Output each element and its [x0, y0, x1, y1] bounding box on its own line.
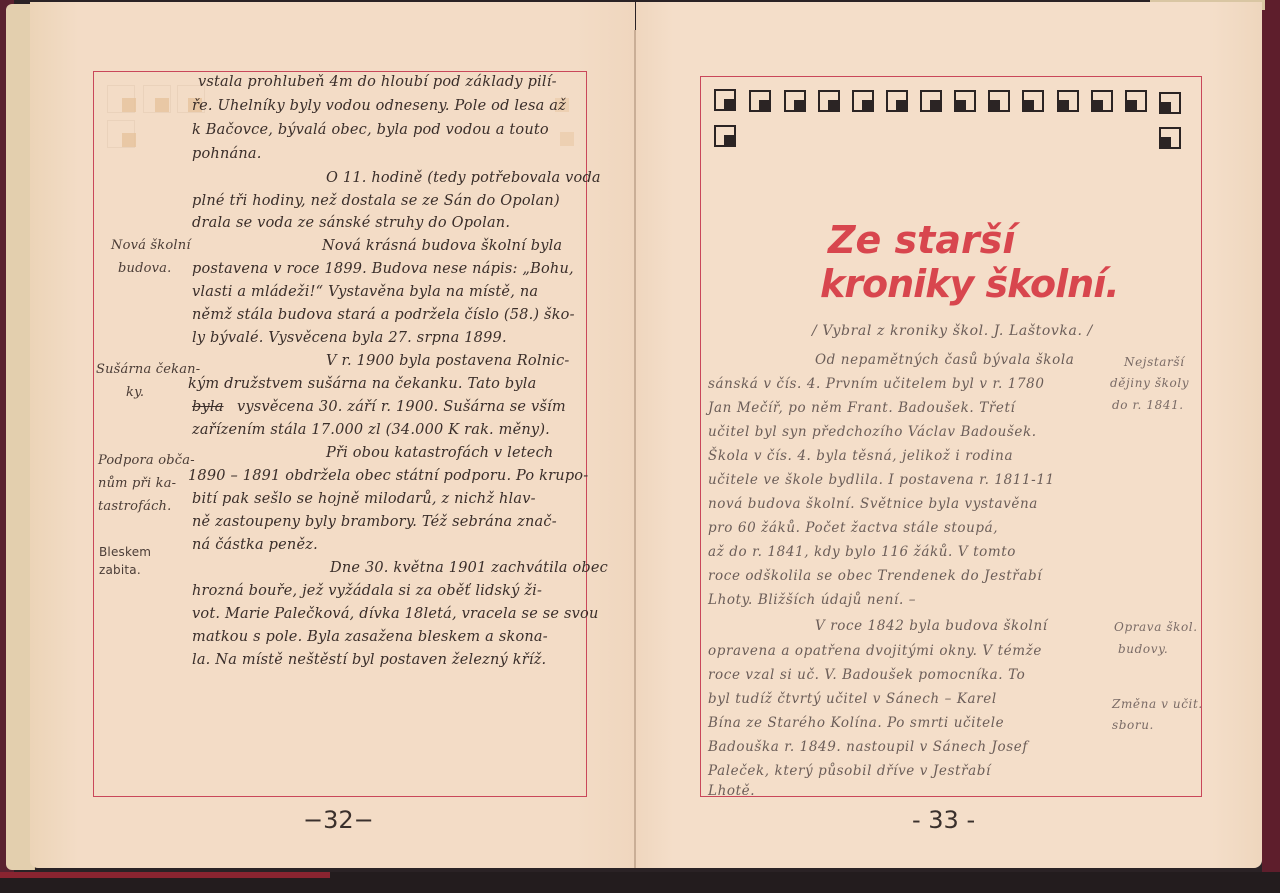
text-line: pohnána.: [192, 146, 262, 162]
text-line: Nová krásná budova školní byla: [322, 238, 562, 254]
struck-word: byla: [192, 399, 224, 415]
margin-note-chicory-dryer: ky.: [126, 385, 144, 400]
margin-note-teacher-change: sboru.: [1112, 718, 1154, 732]
margin-note-oldest-history: dějiny školy: [1110, 376, 1189, 390]
square-ornament-icon: [886, 90, 908, 112]
text-line: sánská v čís. 4. Prvním učitelem byl v r…: [708, 376, 1045, 392]
square-ornament-icon: [818, 90, 840, 112]
text-line: až do r. 1841, kdy bylo 116 žáků. V tomt…: [708, 544, 1016, 560]
text-line: pro 60 žáků. Počet žactva stále stoupá,: [708, 520, 998, 536]
text-line: kým družstvem sušárna na čekanku. Tato b…: [188, 376, 536, 392]
margin-note-chicory-dryer: Sušárna čekan-: [96, 362, 200, 377]
text-line: nová budova školní. Světnice byla vystav…: [708, 496, 1038, 512]
text-line: V roce 1842 byla budova školní: [815, 618, 1048, 634]
square-ornament-icon: [714, 89, 736, 111]
text-line: roce odškolila se obec Trendenek do Jest…: [708, 568, 1042, 584]
margin-note-new-school-building: budova.: [118, 261, 171, 276]
text-line: němž stála budova stará a podržela číslo…: [192, 307, 575, 323]
text-line: matkou s pole. Byla zasažena bleskem a s…: [192, 629, 548, 645]
text-line: učitele ve škole bydlila. I postavena r.…: [708, 472, 1055, 488]
square-ornament-icon: [1159, 127, 1181, 149]
square-ornament-icon: [1159, 92, 1181, 114]
square-ornament-icon: [1125, 90, 1147, 112]
margin-note-disaster-support: nům při ka-: [98, 476, 176, 491]
book-cover-right-edge: [1262, 0, 1280, 893]
text-line: 1890 – 1891 obdržela obec státní podporu…: [188, 468, 588, 484]
page-number-right: - 33 -: [912, 806, 975, 834]
text-line: zařízením stála 17.000 zl (34.000 K rak.…: [192, 422, 550, 438]
margin-note-disaster-support: tastrofách.: [98, 499, 171, 514]
text-line: Při obou katastrofách v letech: [326, 445, 553, 461]
text-line: k Bačovce, bývalá obec, byla pod vodou a…: [192, 122, 549, 138]
text-line: Od nepamětných časů bývala škola: [815, 352, 1074, 368]
text-line: Jan Mečíř, po něm Frant. Badoušek. Třetí: [708, 400, 1015, 416]
square-ornament-icon: [1057, 90, 1079, 112]
margin-note-lightning: zabita.: [99, 563, 141, 577]
text-line: postavena v roce 1899. Budova nese nápis…: [192, 261, 574, 277]
text-line: ně zastoupeny byly brambory. Též sebrána…: [192, 514, 557, 530]
text-line: učitel byl syn předchozího Václav Badouš…: [708, 424, 1037, 440]
square-ornament-icon: [1091, 90, 1113, 112]
square-ornament-icon: [954, 90, 976, 112]
text-line: vlasti a mládeži!“ Vystavěna byla na mís…: [192, 284, 538, 300]
text-line: Badouška r. 1849. nastoupil v Sánech Jos…: [708, 739, 1028, 755]
text-line: vot. Marie Palečková, dívka 18letá, vrac…: [192, 606, 599, 622]
book-cover-bottom-edge: [0, 872, 330, 878]
text-line: V r. 1900 byla postavena Rolnic-: [326, 353, 569, 369]
square-ornament-icon: [749, 90, 771, 112]
text-line: opravena a opatřena dvojitými okny. V té…: [708, 643, 1042, 659]
square-ornament-icon: [852, 90, 874, 112]
book-gutter: [634, 30, 636, 868]
text-line: Paleček, který působil dříve v Jestřabí: [708, 763, 991, 779]
margin-note-oldest-history: Nejstarší: [1124, 355, 1185, 369]
square-ornament-icon: [988, 90, 1010, 112]
square-ornament-icon: [714, 125, 736, 147]
margin-note-new-school-building: Nová školní: [111, 238, 191, 253]
text-line: ná částka peněz.: [192, 537, 318, 553]
margin-note-lightning: Bleskem: [99, 545, 151, 559]
margin-note-disaster-support: Podpora obča-: [98, 453, 195, 468]
text-line: ře. Uhelníky byly vodou odneseny. Pole o…: [192, 98, 566, 114]
text-line: Dne 30. května 1901 zachvátila obec: [330, 560, 608, 576]
text-line: O 11. hodině (tedy potřebovala voda: [326, 170, 601, 186]
text-line: bití pak sešlo se hojně milodarů, z nich…: [192, 491, 536, 507]
text-line: vysvěcena 30. září r. 1900. Sušárna se v…: [237, 399, 566, 415]
text-line: vstala prohlubeň 4m do hloubí pod základ…: [198, 74, 557, 90]
square-ornament-icon: [784, 90, 806, 112]
square-ornament-icon: [1022, 90, 1044, 112]
text-line: la. Na místě neštěstí byl postaven želez…: [192, 652, 546, 668]
margin-note-building-repair: budovy.: [1118, 642, 1168, 656]
text-line: Lhoty. Bližších údajů není. –: [708, 592, 916, 608]
text-line: roce vzal si uč. V. Badoušek pomocníka. …: [708, 667, 1025, 683]
text-line: plné tři hodiny, než dostala se ze Sán d…: [192, 193, 560, 209]
margin-note-building-repair: Oprava škol.: [1114, 620, 1198, 634]
margin-note-teacher-change: Změna v učit.: [1112, 697, 1203, 711]
square-ornament-icon: [920, 90, 942, 112]
text-line: Lhotě.: [708, 783, 755, 799]
text-line: Škola v čís. 4. byla těsná, jelikož i ro…: [708, 448, 1013, 464]
text-line: Bína ze Starého Kolína. Po smrti učitele: [708, 715, 1004, 731]
text-line: drala se voda ze sánské struhy do Opolan…: [192, 215, 510, 231]
chapter-title-line-2: kroniky školní.: [820, 262, 1119, 306]
chapter-subtitle: / Vybral z kroniky škol. J. Laštovka. /: [812, 323, 1093, 339]
chapter-title-line-1: Ze starší: [828, 218, 1015, 262]
text-line: ly bývalé. Vysvěcena byla 27. srpna 1899…: [192, 330, 507, 346]
page-number-left: −32−: [303, 806, 374, 834]
margin-note-oldest-history: do r. 1841.: [1112, 398, 1184, 412]
text-line: byl tudíž čtvrtý učitel v Sánech – Karel: [708, 691, 997, 707]
text-line: hrozná bouře, jež vyžádala si za oběť li…: [192, 583, 542, 599]
